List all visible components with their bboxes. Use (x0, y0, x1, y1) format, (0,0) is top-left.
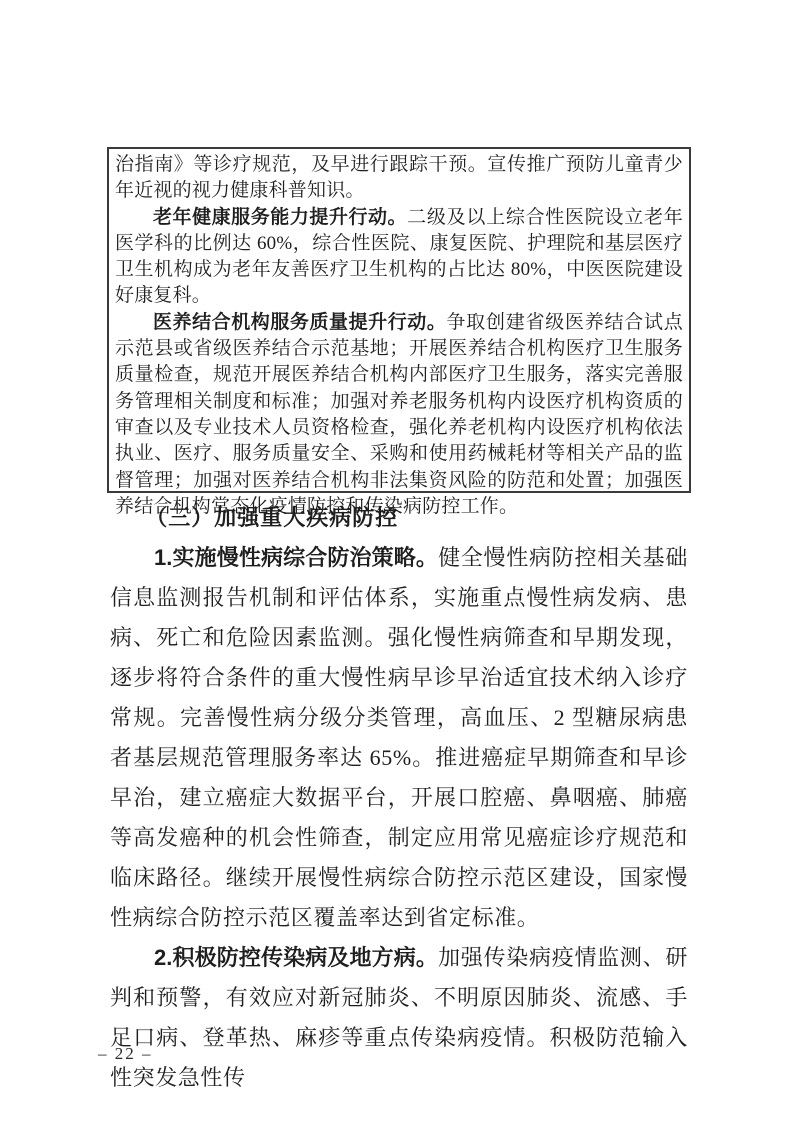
box-paragraph-medical-care-quality: 医养结合机构服务质量提升行动。争取创建省级医养结合试点示范县或省级医养结合示范基… (115, 310, 683, 520)
box-paragraph-lead: 老年健康服务能力提升行动。 (153, 207, 407, 228)
box-paragraph-text: 治指南》等诊疗规范，及早进行跟踪干预。宣传推广预防儿童青少年近视的视力健康科普知… (115, 154, 683, 201)
paragraph-lead: 2.积极防控传染病及地方病。 (154, 945, 438, 970)
box-paragraph-elderly-health: 老年健康服务能力提升行动。二级及以上综合性医院设立老年医学科的比例达 60%，综… (115, 205, 683, 310)
paragraph-text: 健全慢性病防控相关基础信息监测报告机制和评估体系，实施重点慢性病发病、患病、死亡… (110, 545, 688, 930)
box-paragraph-text: 争取创建省级医养结合试点示范县或省级医养结合示范基地；开展医养结合机构医疗卫生服… (115, 312, 683, 517)
paragraph-chronic-disease: 1.实施慢性病综合防治策略。健全慢性病防控相关基础信息监测报告机制和评估体系，实… (110, 538, 688, 938)
paragraph-infectious-disease: 2.积极防控传染病及地方病。加强传染病疫情监测、研判和预警，有效应对新冠肺炎、不… (110, 938, 688, 1098)
paragraph-lead: 1.实施慢性病综合防治策略。 (154, 545, 438, 570)
box-paragraph-lead: 医养结合机构服务质量提升行动。 (153, 312, 446, 333)
box-paragraph-continuation: 治指南》等诊疗规范，及早进行跟踪干预。宣传推广预防儿童青少年近视的视力健康科普知… (115, 152, 683, 205)
page-number: – 22 – (98, 1044, 153, 1064)
boxed-action-section: 治指南》等诊疗规范，及早进行跟踪干预。宣传推广预防儿童青少年近视的视力健康科普知… (107, 147, 691, 493)
section-heading: （三）加强重大疾病防控 (110, 498, 688, 538)
main-text-block: （三）加强重大疾病防控 1.实施慢性病综合防治策略。健全慢性病防控相关基础信息监… (110, 498, 688, 1098)
document-page: 治指南》等诊疗规范，及早进行跟踪干预。宣传推广预防儿童青少年近视的视力健康科普知… (0, 0, 793, 1122)
